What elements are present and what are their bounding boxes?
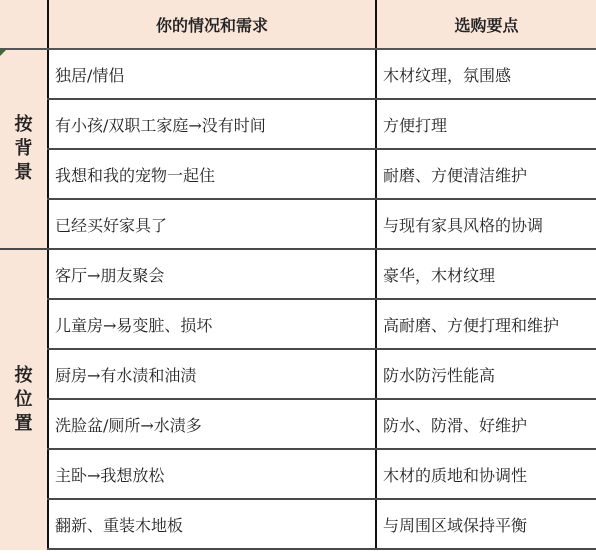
need-cell: 客厅→朋友聚会 xyxy=(49,250,377,298)
point-cell: 木材的质地和协调性 xyxy=(377,450,596,498)
need-cell: 独居/情侣 xyxy=(49,50,377,98)
need-cell: 主卧→我想放松 xyxy=(49,450,377,498)
point-cell: 与周围区域保持平衡 xyxy=(377,500,596,548)
table-row: 我想和我的宠物一起住 耐磨、方便清洁维护 xyxy=(0,150,596,200)
table-header: 你的情况和需求 选购要点 xyxy=(0,0,596,50)
corner-marker-icon xyxy=(0,50,6,56)
table-row: 儿童房→易变脏、损坏 高耐磨、方便打理和维护 xyxy=(0,300,596,350)
need-cell: 已经买好家具了 xyxy=(49,200,377,248)
table-row: 有小孩/双职工家庭→没有时间 方便打理 xyxy=(0,100,596,150)
table-row: 已经买好家具了 与现有家具风格的协调 xyxy=(0,200,596,250)
table-row: 厨房→有水渍和油渍 防水防污性能高 xyxy=(0,350,596,400)
need-cell: 厨房→有水渍和油渍 xyxy=(49,350,377,398)
need-cell: 洗脸盆/厕所→水渍多 xyxy=(49,400,377,448)
header-points: 选购要点 xyxy=(377,0,596,48)
table-row: 翻新、重装木地板 与周围区域保持平衡 xyxy=(0,500,596,550)
table-row: 客厅→朋友聚会 豪华，木材纹理 xyxy=(0,250,596,300)
header-needs: 你的情况和需求 xyxy=(49,0,377,48)
point-cell: 高耐磨、方便打理和维护 xyxy=(377,300,596,348)
need-cell: 有小孩/双职工家庭→没有时间 xyxy=(49,100,377,148)
point-cell: 方便打理 xyxy=(377,100,596,148)
point-cell: 木材纹理，氛围感 xyxy=(377,50,596,98)
table-row: 独居/情侣 木材纹理，氛围感 xyxy=(0,50,596,100)
buying-guide-table: 你的情况和需求 选购要点 按 背 景 独居/情侣 木材纹理，氛围感 有小孩/双职… xyxy=(0,0,596,550)
need-cell: 翻新、重装木地板 xyxy=(49,500,377,548)
group-by-background: 按 背 景 独居/情侣 木材纹理，氛围感 有小孩/双职工家庭→没有时间 方便打理… xyxy=(0,50,596,250)
point-cell: 耐磨、方便清洁维护 xyxy=(377,150,596,198)
table-row: 主卧→我想放松 木材的质地和协调性 xyxy=(0,450,596,500)
point-cell: 豪华，木材纹理 xyxy=(377,250,596,298)
point-cell: 防水防污性能高 xyxy=(377,350,596,398)
header-corner-cell xyxy=(0,0,49,48)
need-cell: 我想和我的宠物一起住 xyxy=(49,150,377,198)
table-row: 洗脸盆/厕所→水渍多 防水、防滑、好维护 xyxy=(0,400,596,450)
group-by-location: 按 位 置 客厅→朋友聚会 豪华，木材纹理 儿童房→易变脏、损坏 高耐磨、方便打… xyxy=(0,250,596,550)
point-cell: 防水、防滑、好维护 xyxy=(377,400,596,448)
point-cell: 与现有家具风格的协调 xyxy=(377,200,596,248)
need-cell: 儿童房→易变脏、损坏 xyxy=(49,300,377,348)
